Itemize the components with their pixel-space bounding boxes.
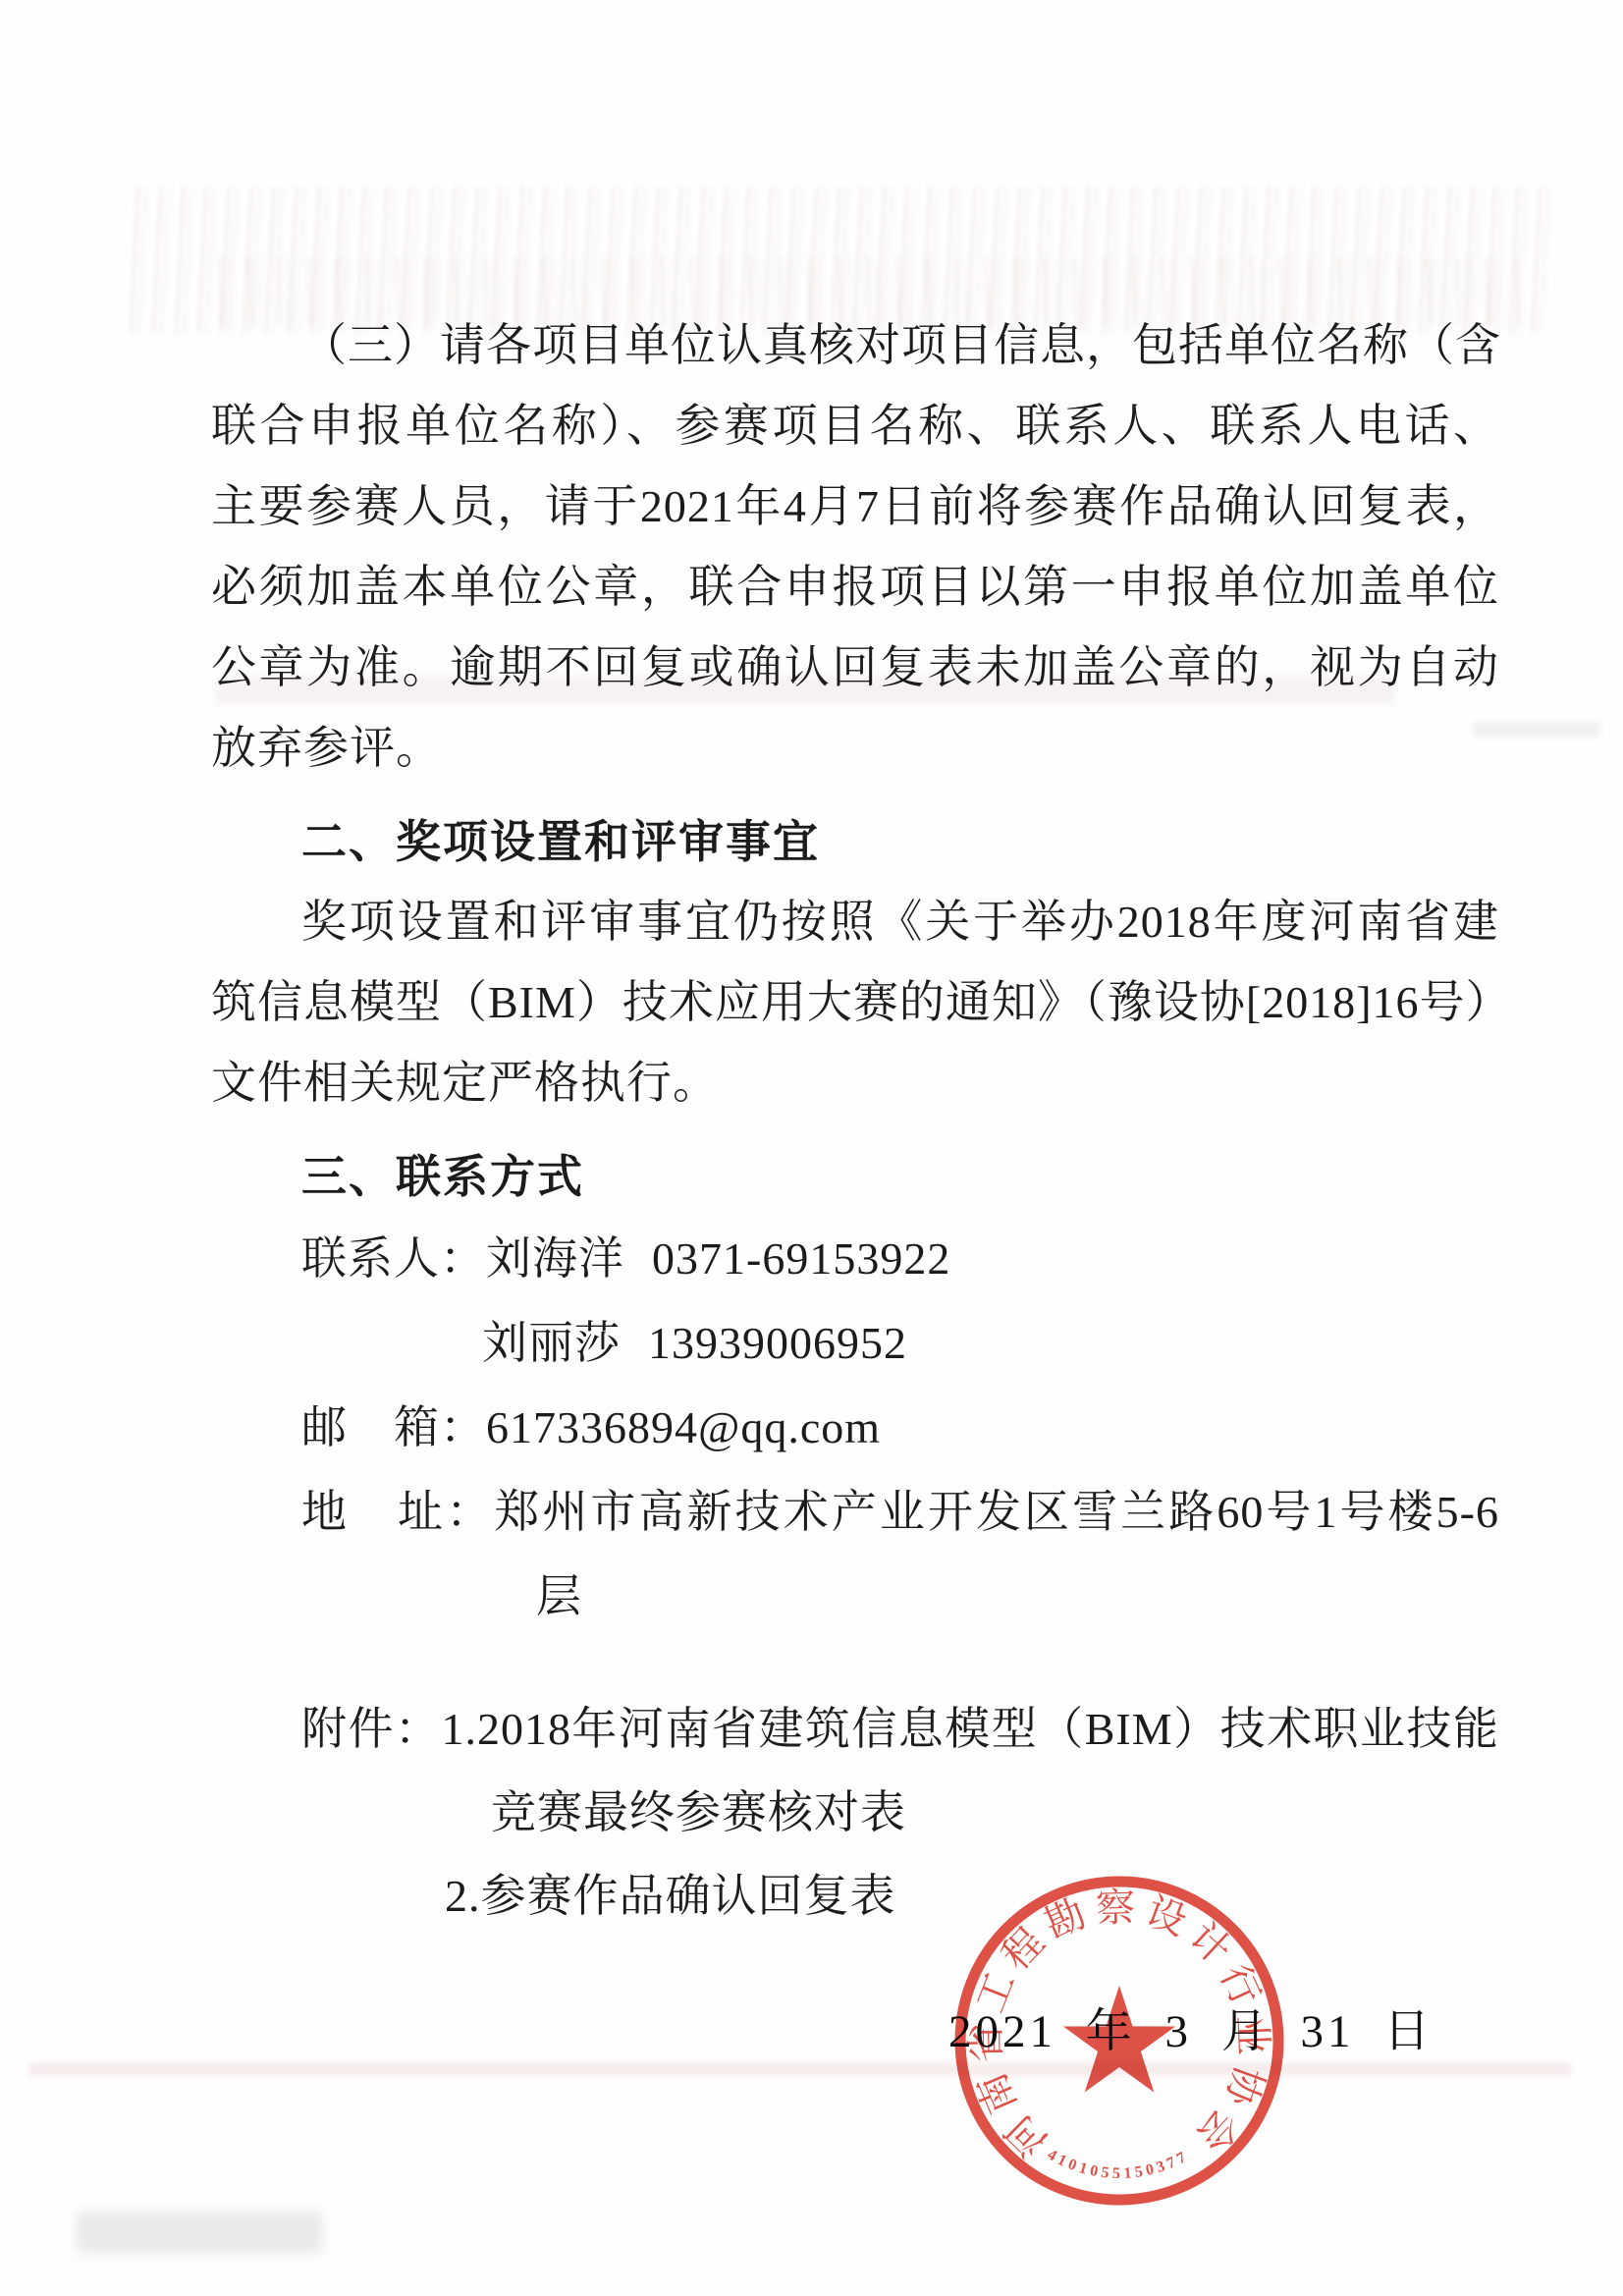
- seal-number: 4101055150377: [1045, 2147, 1189, 2183]
- contact-phone: 13939006952: [648, 1318, 907, 1368]
- contact-row: 联系人：刘海洋0371-69153922: [211, 1217, 1499, 1301]
- email-row: 邮 箱：617336894@qq.com: [211, 1386, 1499, 1470]
- attachment-row: 附件：1.2018年河南省建筑信息模型（BIM）技术职业技能: [211, 1687, 1499, 1771]
- scan-smudge-artifact: [77, 2212, 322, 2253]
- email-value: 617336894@qq.com: [486, 1402, 881, 1452]
- address-row: 地 址：郑州市高新技术产业开发区雪兰路60号1号楼5-6: [211, 1470, 1499, 1555]
- contact-name: 刘丽莎: [482, 1318, 621, 1368]
- text-line: 主要参赛人员，请于2021年4月7日前将参赛作品确认回复表，: [211, 466, 1499, 547]
- contact-name: 刘海洋: [486, 1233, 624, 1284]
- text-line: 联合申报单位名称）、参赛项目名称、联系人、联系人电话、: [211, 386, 1499, 466]
- text-line: 奖项设置和评审事宜仍按照《关于举办2018年度河南省建: [211, 882, 1499, 962]
- text-line: 放弃参评。: [211, 708, 1499, 789]
- email-label: 邮 箱：: [301, 1402, 486, 1452]
- text-line: 文件相关规定严格执行。: [211, 1043, 1499, 1123]
- attachment-label: 附件：: [301, 1704, 441, 1754]
- contact-label: 联系人：: [301, 1233, 486, 1284]
- address-label: 地 址：: [301, 1487, 494, 1537]
- text-line: （三）请各项目单位认真核对项目信息，包括单位名称（含: [211, 305, 1499, 386]
- scan-streak-artifact: [29, 2062, 1571, 2076]
- section-heading-contact: 三、联系方式: [211, 1136, 1499, 1217]
- text-line: 筑信息模型（BIM）技术应用大赛的通知》（豫设协[2018]16号）: [211, 962, 1499, 1043]
- contact-phone: 0371-69153922: [652, 1233, 950, 1284]
- document-body: （三）请各项目单位认真核对项目信息，包括单位名称（含 联合申报单位名称）、参赛项…: [211, 305, 1499, 1938]
- text-line: 必须加盖本单位公章，联合申报项目以第一申报单位加盖单位: [211, 547, 1499, 628]
- contact-row: 刘丽莎13939006952: [482, 1301, 1499, 1386]
- address-value: 郑州市高新技术产业开发区雪兰路60号1号楼5-6: [494, 1487, 1499, 1537]
- attachment-item: 1.2018年河南省建筑信息模型（BIM）技术职业技能: [441, 1704, 1499, 1754]
- section-heading-awards: 二、奖项设置和评审事宜: [211, 801, 1499, 882]
- attachment-row-continued: 竞赛最终参赛核对表: [491, 1771, 1499, 1854]
- scanned-document-page: （三）请各项目单位认真核对项目信息，包括单位名称（含 联合申报单位名称）、参赛项…: [0, 0, 1623, 2296]
- date-line: 2021 年 3 月 31 日: [948, 1995, 1434, 2060]
- text-line: 公章为准。逾期不回复或确认回复表未加盖公章的，视为自动: [211, 628, 1499, 708]
- address-row-continued: 层: [536, 1555, 1499, 1639]
